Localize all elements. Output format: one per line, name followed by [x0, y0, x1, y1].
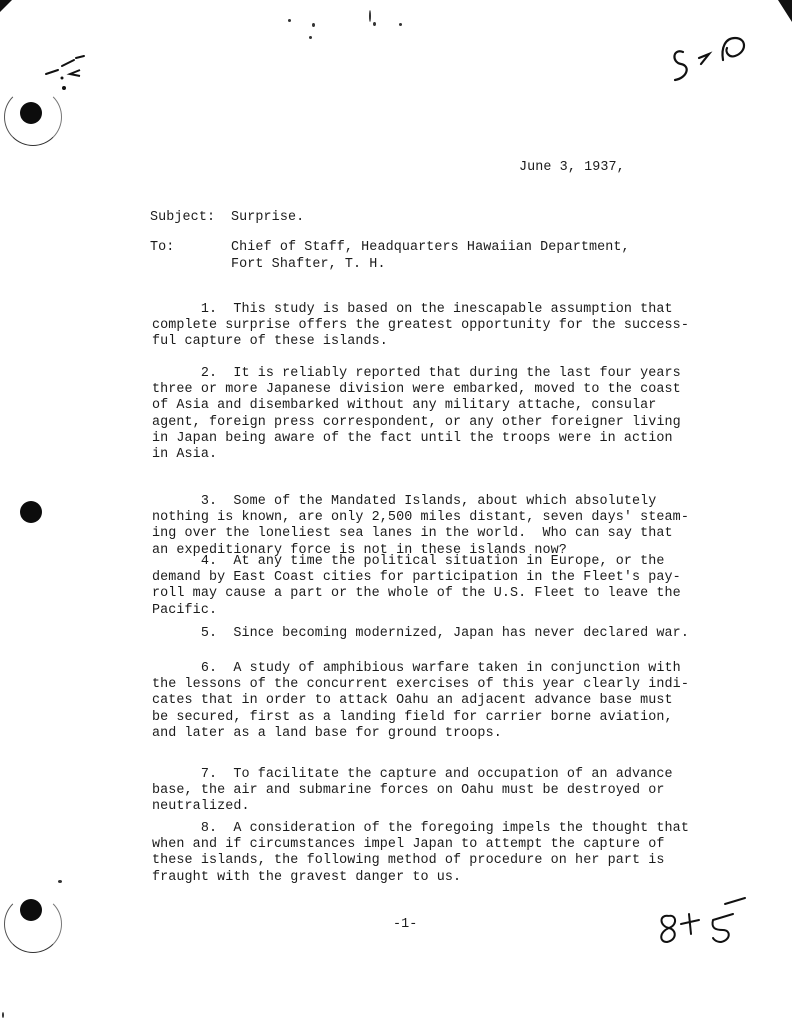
handwritten-page-number-top [665, 30, 765, 85]
hole-punch [20, 899, 42, 921]
subject-value: Surprise. [231, 210, 304, 227]
paragraph-line: ful capture of these islands. [152, 334, 672, 351]
paragraph-line: when and if circumstances impel Japan to… [152, 837, 672, 854]
scan-speck [373, 22, 376, 26]
to-address-line: Fort Shafter, T. H. [231, 257, 386, 274]
paragraph-line: three or more Japanese division were emb… [152, 382, 672, 399]
paragraph-line: 6. A study of amphibious warfare taken i… [152, 661, 672, 678]
paragraph-line: base, the air and submarine forces on Oa… [152, 783, 672, 800]
document-page: June 3, 1937, Subject: Surprise. To: Chi… [0, 0, 792, 1024]
scan-speck [58, 880, 62, 883]
paragraph-line: 5. Since becoming modernized, Japan has … [152, 626, 672, 643]
hole-punch [20, 501, 42, 523]
scan-speck [312, 23, 315, 27]
paragraph-line: cates that in order to attack Oahu an ad… [152, 693, 672, 710]
paragraph-line: and later as a land base for ground troo… [152, 726, 672, 743]
paragraph-line: demand by East Coast cities for particip… [152, 570, 672, 587]
scan-speck [288, 19, 291, 22]
paragraph-line: 8. A consideration of the foregoing impe… [152, 821, 672, 838]
paragraph-line: 7. To facilitate the capture and occupat… [152, 767, 672, 784]
paragraph-line: 4. At any time the political situation i… [152, 554, 672, 571]
stray-ink-mark [40, 48, 100, 98]
paragraph-line: be secured, first as a landing field for… [152, 710, 672, 727]
page-number: -1- [393, 917, 417, 934]
paragraph-line: these islands, the following method of p… [152, 853, 672, 870]
paragraph-line: in Asia. [152, 447, 672, 464]
scan-speck [2, 1012, 4, 1018]
paragraph-line: 3. Some of the Mandated Islands, about w… [152, 494, 672, 511]
scan-corner-mark [778, 0, 792, 22]
scan-speck [309, 36, 312, 39]
paragraph-line: Pacific. [152, 603, 672, 620]
paragraph-line: of Asia and disembarked without any mili… [152, 398, 672, 415]
scan-corner-mark [0, 0, 12, 12]
hole-punch [20, 102, 42, 124]
paragraph-line: the lessons of the concurrent exercises … [152, 677, 672, 694]
paragraph-line: nothing is known, are only 2,500 miles d… [152, 510, 672, 527]
paragraph-line: in Japan being aware of the fact until t… [152, 431, 672, 448]
subject-label: Subject: [150, 210, 215, 227]
paragraph-line: fraught with the gravest danger to us. [152, 870, 672, 887]
paragraph-line: roll may cause a part or the whole of th… [152, 586, 672, 603]
to-address-line: Chief of Staff, Headquarters Hawaiian De… [231, 240, 630, 257]
paragraph-line: ing over the loneliest sea lanes in the … [152, 526, 672, 543]
to-label: To: [150, 240, 174, 257]
scan-speck [369, 10, 371, 22]
paragraph-line: 1. This study is based on the inescapabl… [152, 302, 672, 319]
document-date: June 3, 1937, [519, 160, 625, 177]
paragraph-line: agent, foreign press correspondent, or a… [152, 415, 672, 432]
handwritten-page-number-bottom [655, 890, 765, 950]
paragraph-line: neutralized. [152, 799, 672, 816]
paragraph-line: complete surprise offers the greatest op… [152, 318, 672, 335]
paragraph-line: 2. It is reliably reported that during t… [152, 366, 672, 383]
scan-speck [399, 23, 402, 26]
